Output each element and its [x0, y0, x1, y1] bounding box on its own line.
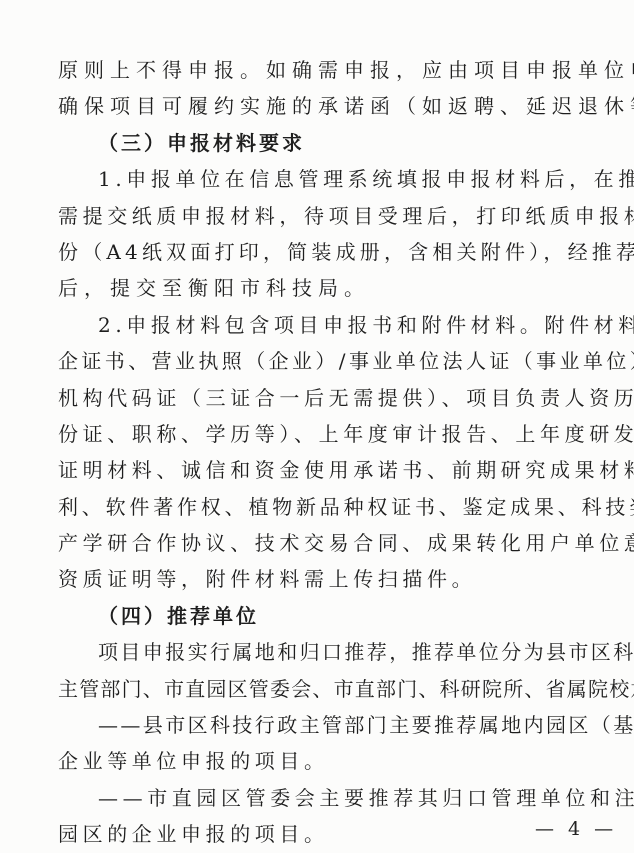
- paragraph-line: 份（A4纸双面打印，简装成册，含相关附件），经推荐单位签章: [58, 234, 580, 270]
- paragraph-line: 机构代码证（三证合一后无需提供）、项目负责人资历证明（身: [58, 380, 580, 416]
- paragraph-line: 资质证明等，附件材料需上传扫描件。: [58, 561, 580, 597]
- paragraph-line: 份证、职称、学历等）、上年度审计报告、上年度研发经费投入: [58, 416, 580, 452]
- document-body: 原则上不得申报。如确需申报，应由项目申报单位申请并出具能 确保项目可履约实施的承…: [58, 52, 580, 853]
- page-number: — 4 —: [535, 818, 617, 840]
- paragraph-line: 1.申报单位在信息管理系统填报申报材料后，在推荐阶段无: [58, 161, 580, 197]
- paragraph-line: 后，提交至衡阳市科技局。: [58, 270, 580, 306]
- paragraph-line: 产学研合作协议、技术交易合同、成果转化用户单位意见、其他: [58, 525, 580, 561]
- paragraph-line: 主管部门、市直园区管委会、市直部门、科研院所、省属院校六类。: [58, 671, 580, 707]
- document-page: 原则上不得申报。如确需申报，应由项目申报单位申请并出具能 确保项目可履约实施的承…: [0, 0, 634, 853]
- paragraph-line: 企业等单位申报的项目。: [58, 743, 580, 779]
- paragraph-line: 确保项目可履约实施的承诺函（如返聘、延迟退休等）。: [58, 88, 580, 124]
- paragraph-line: 项目申报实行属地和归口推荐，推荐单位分为县市区科技行政: [58, 634, 580, 670]
- paragraph-line: 企证书、营业执照（企业）/事业单位法人证（事业单位）、组织: [58, 343, 580, 379]
- section-heading-3: （三）申报材料要求: [58, 125, 580, 161]
- paragraph-line: 原则上不得申报。如确需申报，应由项目申报单位申请并出具能: [58, 52, 580, 88]
- paragraph-line: 需提交纸质申报材料，待项目受理后，打印纸质申报材料一式二: [58, 198, 580, 234]
- paragraph-line: 利、软件著作权、植物新品种权证书、鉴定成果、科技奖励等）、: [58, 489, 580, 525]
- paragraph-line: 证明材料、诚信和资金使用承诺书、前期研究成果材料（包括专: [58, 452, 580, 488]
- paragraph-line: 园区的企业申报的项目。: [58, 816, 580, 852]
- paragraph-line: ——县市区科技行政主管部门主要推荐属地内园区（基地）、: [58, 707, 580, 743]
- paragraph-line: ——市直园区管委会主要推荐其归口管理单位和注册在本: [58, 780, 580, 816]
- section-heading-4: （四）推荐单位: [58, 598, 580, 634]
- paragraph-line: 2.申报材料包含项目申报书和附件材料。附件材料包含：高: [58, 307, 580, 343]
